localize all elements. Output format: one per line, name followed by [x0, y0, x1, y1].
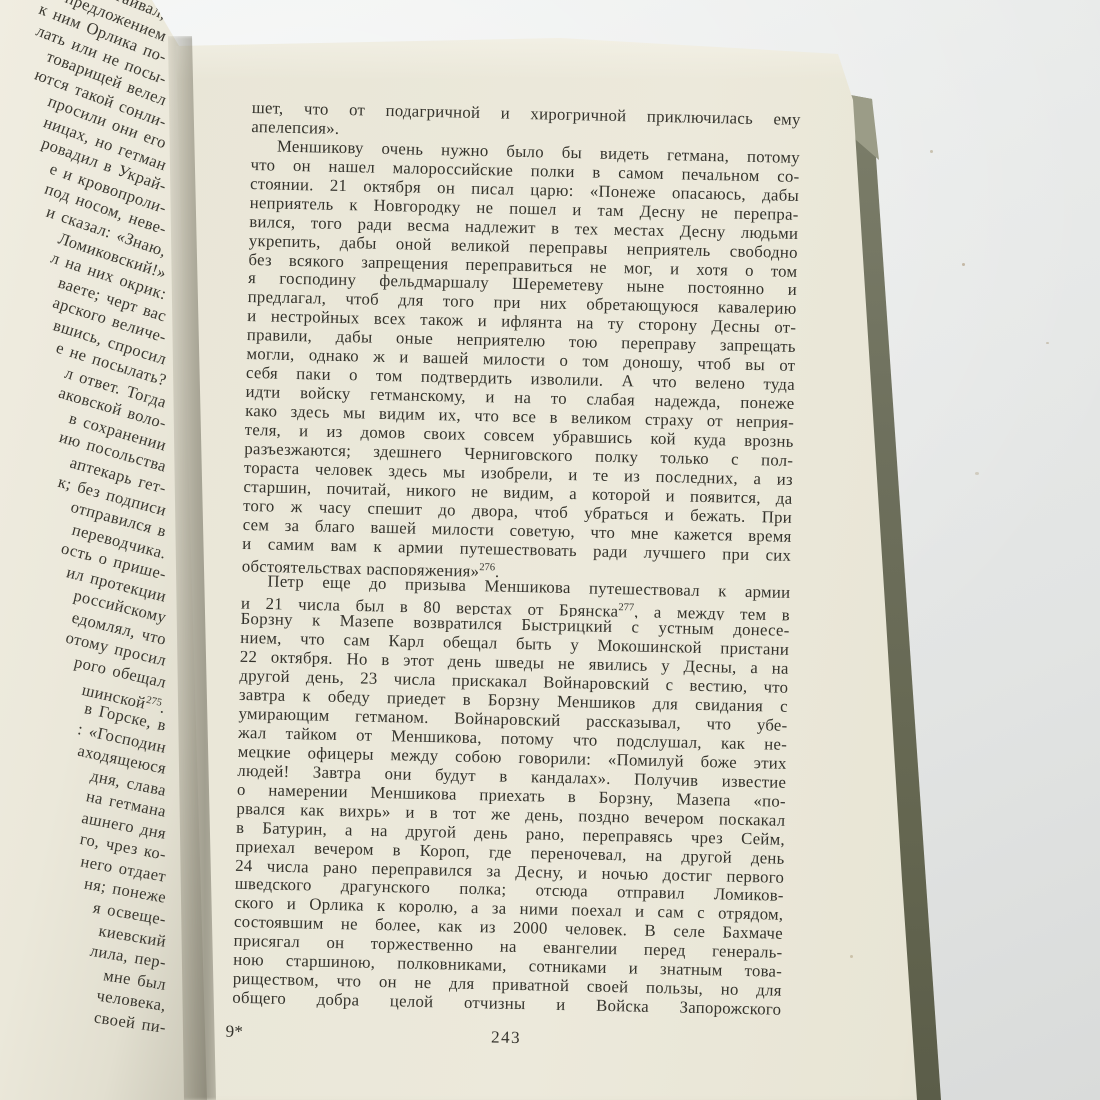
dust-speck	[930, 150, 933, 153]
dust-speck	[962, 263, 965, 266]
page-number: 243	[491, 1027, 521, 1048]
dust-speck	[850, 955, 853, 958]
page-footer: 9*243	[231, 1022, 780, 1056]
signature-mark: 9*	[225, 1022, 243, 1042]
right-page-text: шет, что от подагричной и хирогричной пр…	[231, 99, 800, 1056]
dust-speck	[975, 472, 979, 475]
dust-speck	[1046, 342, 1049, 344]
left-page-text: арищи настаивал,с предложениемк ним Орли…	[0, 4, 166, 1038]
book-photo: арищи настаивал,с предложениемк ним Орли…	[0, 0, 1100, 1100]
